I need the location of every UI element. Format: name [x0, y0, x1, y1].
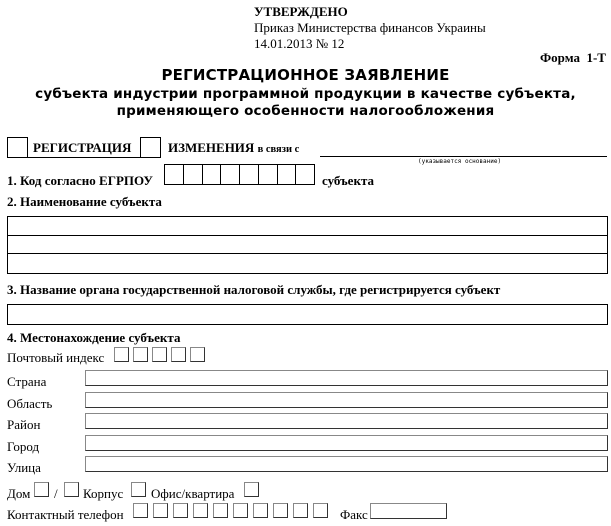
address-field-label: Страна	[7, 374, 46, 390]
change-reason-input[interactable]	[320, 144, 607, 157]
changes-label-text: ИЗМЕНЕНИЯ	[168, 140, 254, 155]
document-subtitle-line1: субъекта индустрии программной продукции…	[0, 86, 611, 102]
section1-suffix: субъекта	[322, 173, 374, 189]
office-label: Офис/квартира	[151, 486, 234, 502]
registration-checkbox[interactable]	[7, 137, 28, 158]
phone-digit-box[interactable]	[153, 503, 168, 518]
egrpou-code-boxes[interactable]	[164, 164, 315, 185]
section1-label: 1. Код согласно ЕГРПОУ	[7, 173, 153, 189]
egrpou-digit-cell[interactable]	[165, 165, 184, 184]
form-number: Форма 1-Т	[540, 50, 606, 66]
address-field-input[interactable]	[85, 413, 608, 429]
phone-digit-box[interactable]	[173, 503, 188, 518]
subject-name-row[interactable]	[8, 217, 607, 236]
phone-digit-box[interactable]	[313, 503, 328, 518]
approval-block: УТВЕРЖДЕНО Приказ Министерства финансов …	[254, 4, 486, 52]
house-number-box[interactable]	[34, 482, 49, 497]
phone-digit-box[interactable]	[273, 503, 288, 518]
postal-code-label: Почтовый индекс	[7, 350, 104, 366]
house-slash: /	[54, 486, 58, 502]
phone-digit-box[interactable]	[213, 503, 228, 518]
registration-label: РЕГИСТРАЦИЯ	[33, 140, 131, 156]
address-field-label: Область	[7, 396, 52, 412]
phone-digit-box[interactable]	[193, 503, 208, 518]
egrpou-digit-cell[interactable]	[240, 165, 259, 184]
building-label: Корпус	[83, 486, 123, 502]
address-field-input[interactable]	[85, 435, 608, 451]
address-field-label: Улица	[7, 460, 41, 476]
address-field-input[interactable]	[85, 392, 608, 408]
address-field-input[interactable]	[85, 370, 608, 386]
egrpou-digit-cell[interactable]	[203, 165, 222, 184]
egrpou-digit-cell[interactable]	[296, 165, 314, 184]
address-field-input[interactable]	[85, 456, 608, 472]
address-field-label: Город	[7, 439, 39, 455]
document-title: РЕГИСТРАЦИОННОЕ ЗАЯВЛЕНИЕ	[0, 66, 611, 84]
approval-title: УТВЕРЖДЕНО	[254, 4, 486, 20]
phone-digit-box[interactable]	[233, 503, 248, 518]
house-label: Дом	[7, 486, 30, 502]
document-subtitle-line2: применяющего особенности налогообложения	[0, 103, 611, 119]
fax-input[interactable]	[370, 503, 447, 519]
changes-suffix: в связи с	[258, 144, 300, 155]
postal-code-digit-box[interactable]	[133, 347, 148, 362]
subject-name-field	[7, 216, 608, 274]
postal-code-digit-box[interactable]	[190, 347, 205, 362]
changes-checkbox[interactable]	[140, 137, 161, 158]
registration-underline	[28, 157, 140, 158]
building-box[interactable]	[131, 482, 146, 497]
egrpou-digit-cell[interactable]	[259, 165, 278, 184]
section3-label: 3. Название органа государственной налог…	[7, 282, 500, 298]
egrpou-digit-cell[interactable]	[184, 165, 203, 184]
approval-date: 14.01.2013 № 12	[254, 36, 486, 52]
phone-digit-box[interactable]	[133, 503, 148, 518]
office-box[interactable]	[244, 482, 259, 497]
change-reason-note: (указывается основание)	[418, 158, 501, 165]
phone-label: Контактный телефон	[7, 507, 124, 523]
subject-name-row[interactable]	[8, 236, 607, 255]
postal-code-digit-box[interactable]	[152, 347, 167, 362]
egrpou-digit-cell[interactable]	[278, 165, 297, 184]
postal-code-digit-box[interactable]	[114, 347, 129, 362]
subject-name-row[interactable]	[8, 254, 607, 273]
approval-order: Приказ Министерства финансов Украины	[254, 20, 486, 36]
postal-code-digit-box[interactable]	[171, 347, 186, 362]
section2-label: 2. Наименование субъекта	[7, 194, 162, 210]
fax-label: Факс	[340, 507, 368, 523]
changes-label: ИЗМЕНЕНИЯ в связи с	[168, 140, 299, 156]
egrpou-digit-cell[interactable]	[221, 165, 240, 184]
tax-authority-input[interactable]	[7, 304, 608, 325]
address-field-label: Район	[7, 417, 40, 433]
section4-label: 4. Местонахождение субъекта	[7, 330, 180, 346]
phone-digit-box[interactable]	[253, 503, 268, 518]
house-fraction-box[interactable]	[64, 482, 79, 497]
phone-digit-box[interactable]	[293, 503, 308, 518]
